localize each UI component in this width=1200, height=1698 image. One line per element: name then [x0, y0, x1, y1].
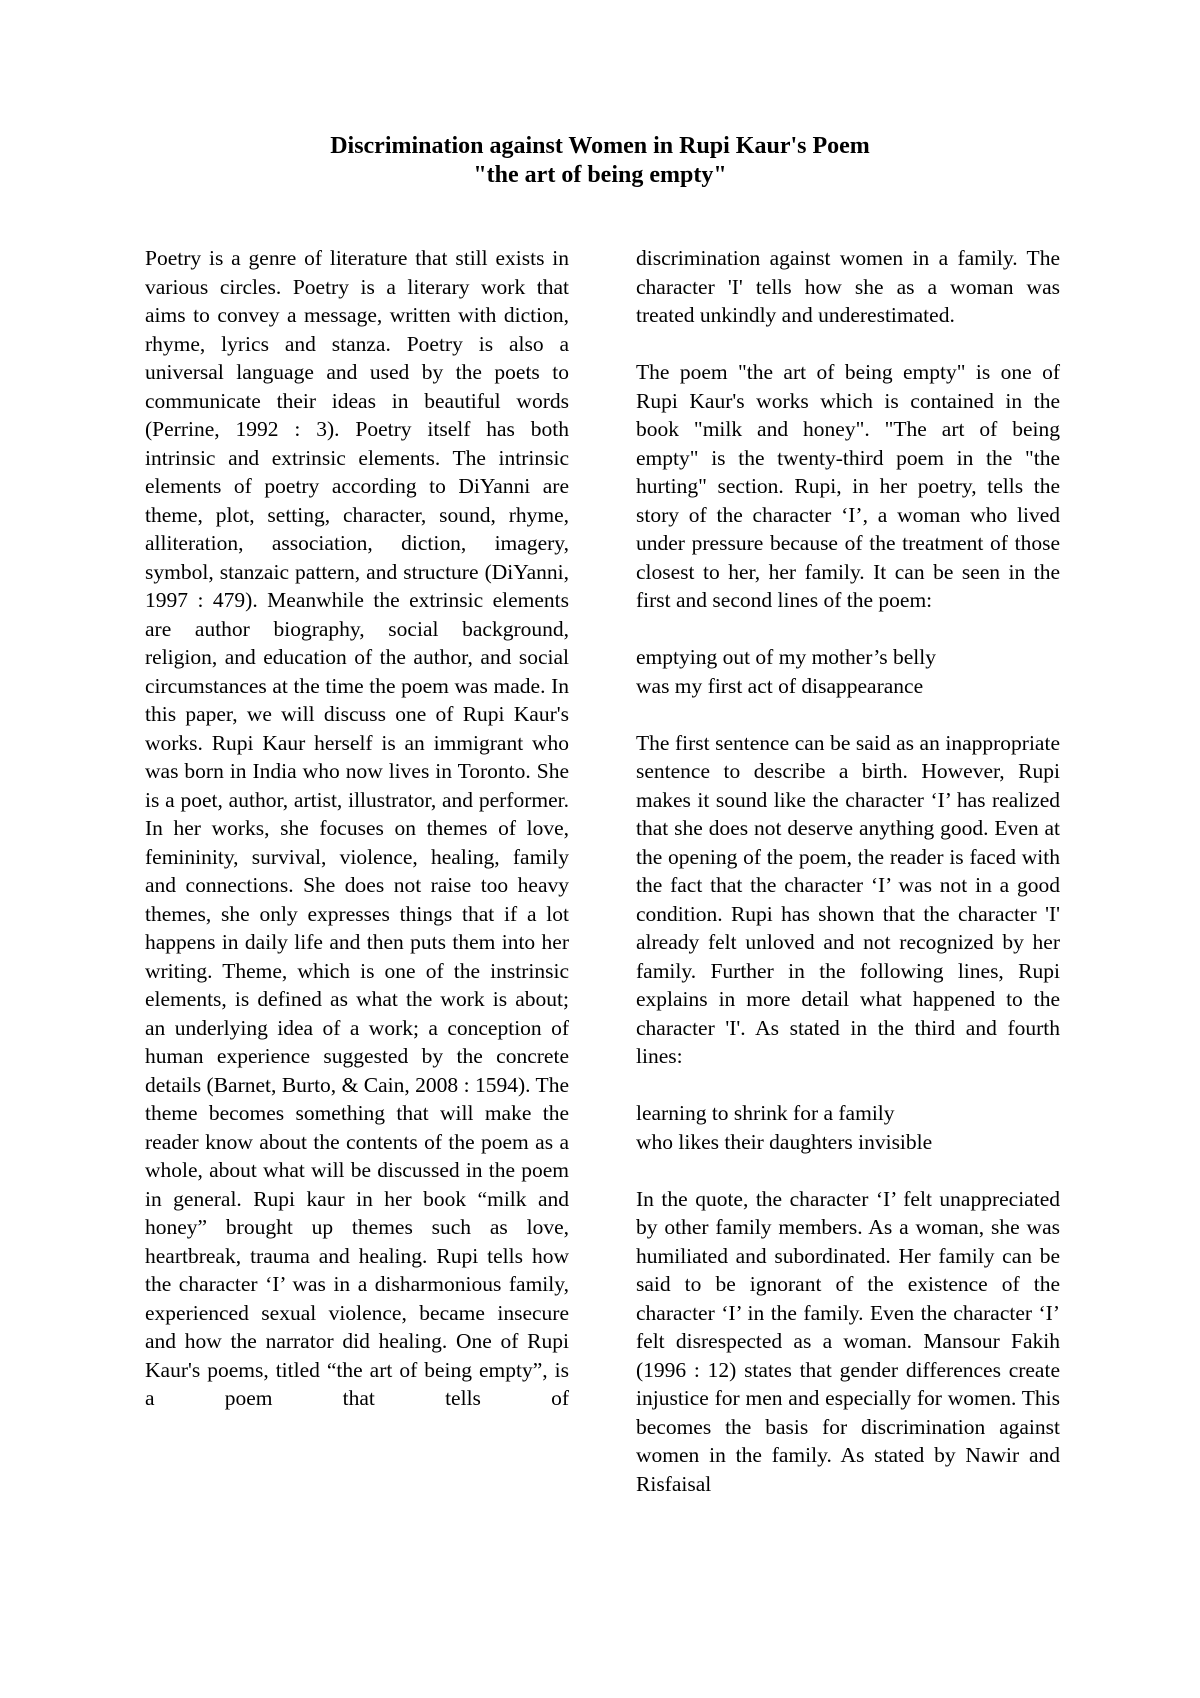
- poem-quote-third-fourth-lines: learning to shrink for a family who like…: [636, 1099, 1060, 1156]
- paper-title-line-1: Discrimination against Women in Rupi Kau…: [0, 132, 1200, 161]
- paper-title-line-2: "the art of being empty": [0, 161, 1200, 190]
- intro-paragraph: Poetry is a genre of literature that sti…: [145, 244, 569, 1413]
- poem-quote-line: who likes their daughters invisible: [636, 1128, 1060, 1157]
- poem-quote-line: learning to shrink for a family: [636, 1099, 1060, 1128]
- poem-quote-first-lines: emptying out of my mother’s belly was my…: [636, 643, 1060, 700]
- paper-title: Discrimination against Women in Rupi Kau…: [0, 132, 1200, 190]
- poem-overview-paragraph: The poem "the art of being empty" is one…: [636, 358, 1060, 615]
- poem-quote-line: was my first act of disappearance: [636, 672, 1060, 701]
- poem-quote-line: emptying out of my mother’s belly: [636, 643, 1060, 672]
- first-sentence-analysis-paragraph: The first sentence can be said as an ina…: [636, 729, 1060, 1071]
- right-column: discrimination against women in a family…: [636, 244, 1060, 1527]
- document-page: Discrimination against Women in Rupi Kau…: [0, 0, 1200, 1698]
- body-columns: Poetry is a genre of literature that sti…: [145, 244, 1200, 1527]
- continuation-paragraph: discrimination against women in a family…: [636, 244, 1060, 330]
- left-column: Poetry is a genre of literature that sti…: [145, 244, 569, 1527]
- quote-analysis-paragraph: In the quote, the character ‘I’ felt una…: [636, 1185, 1060, 1499]
